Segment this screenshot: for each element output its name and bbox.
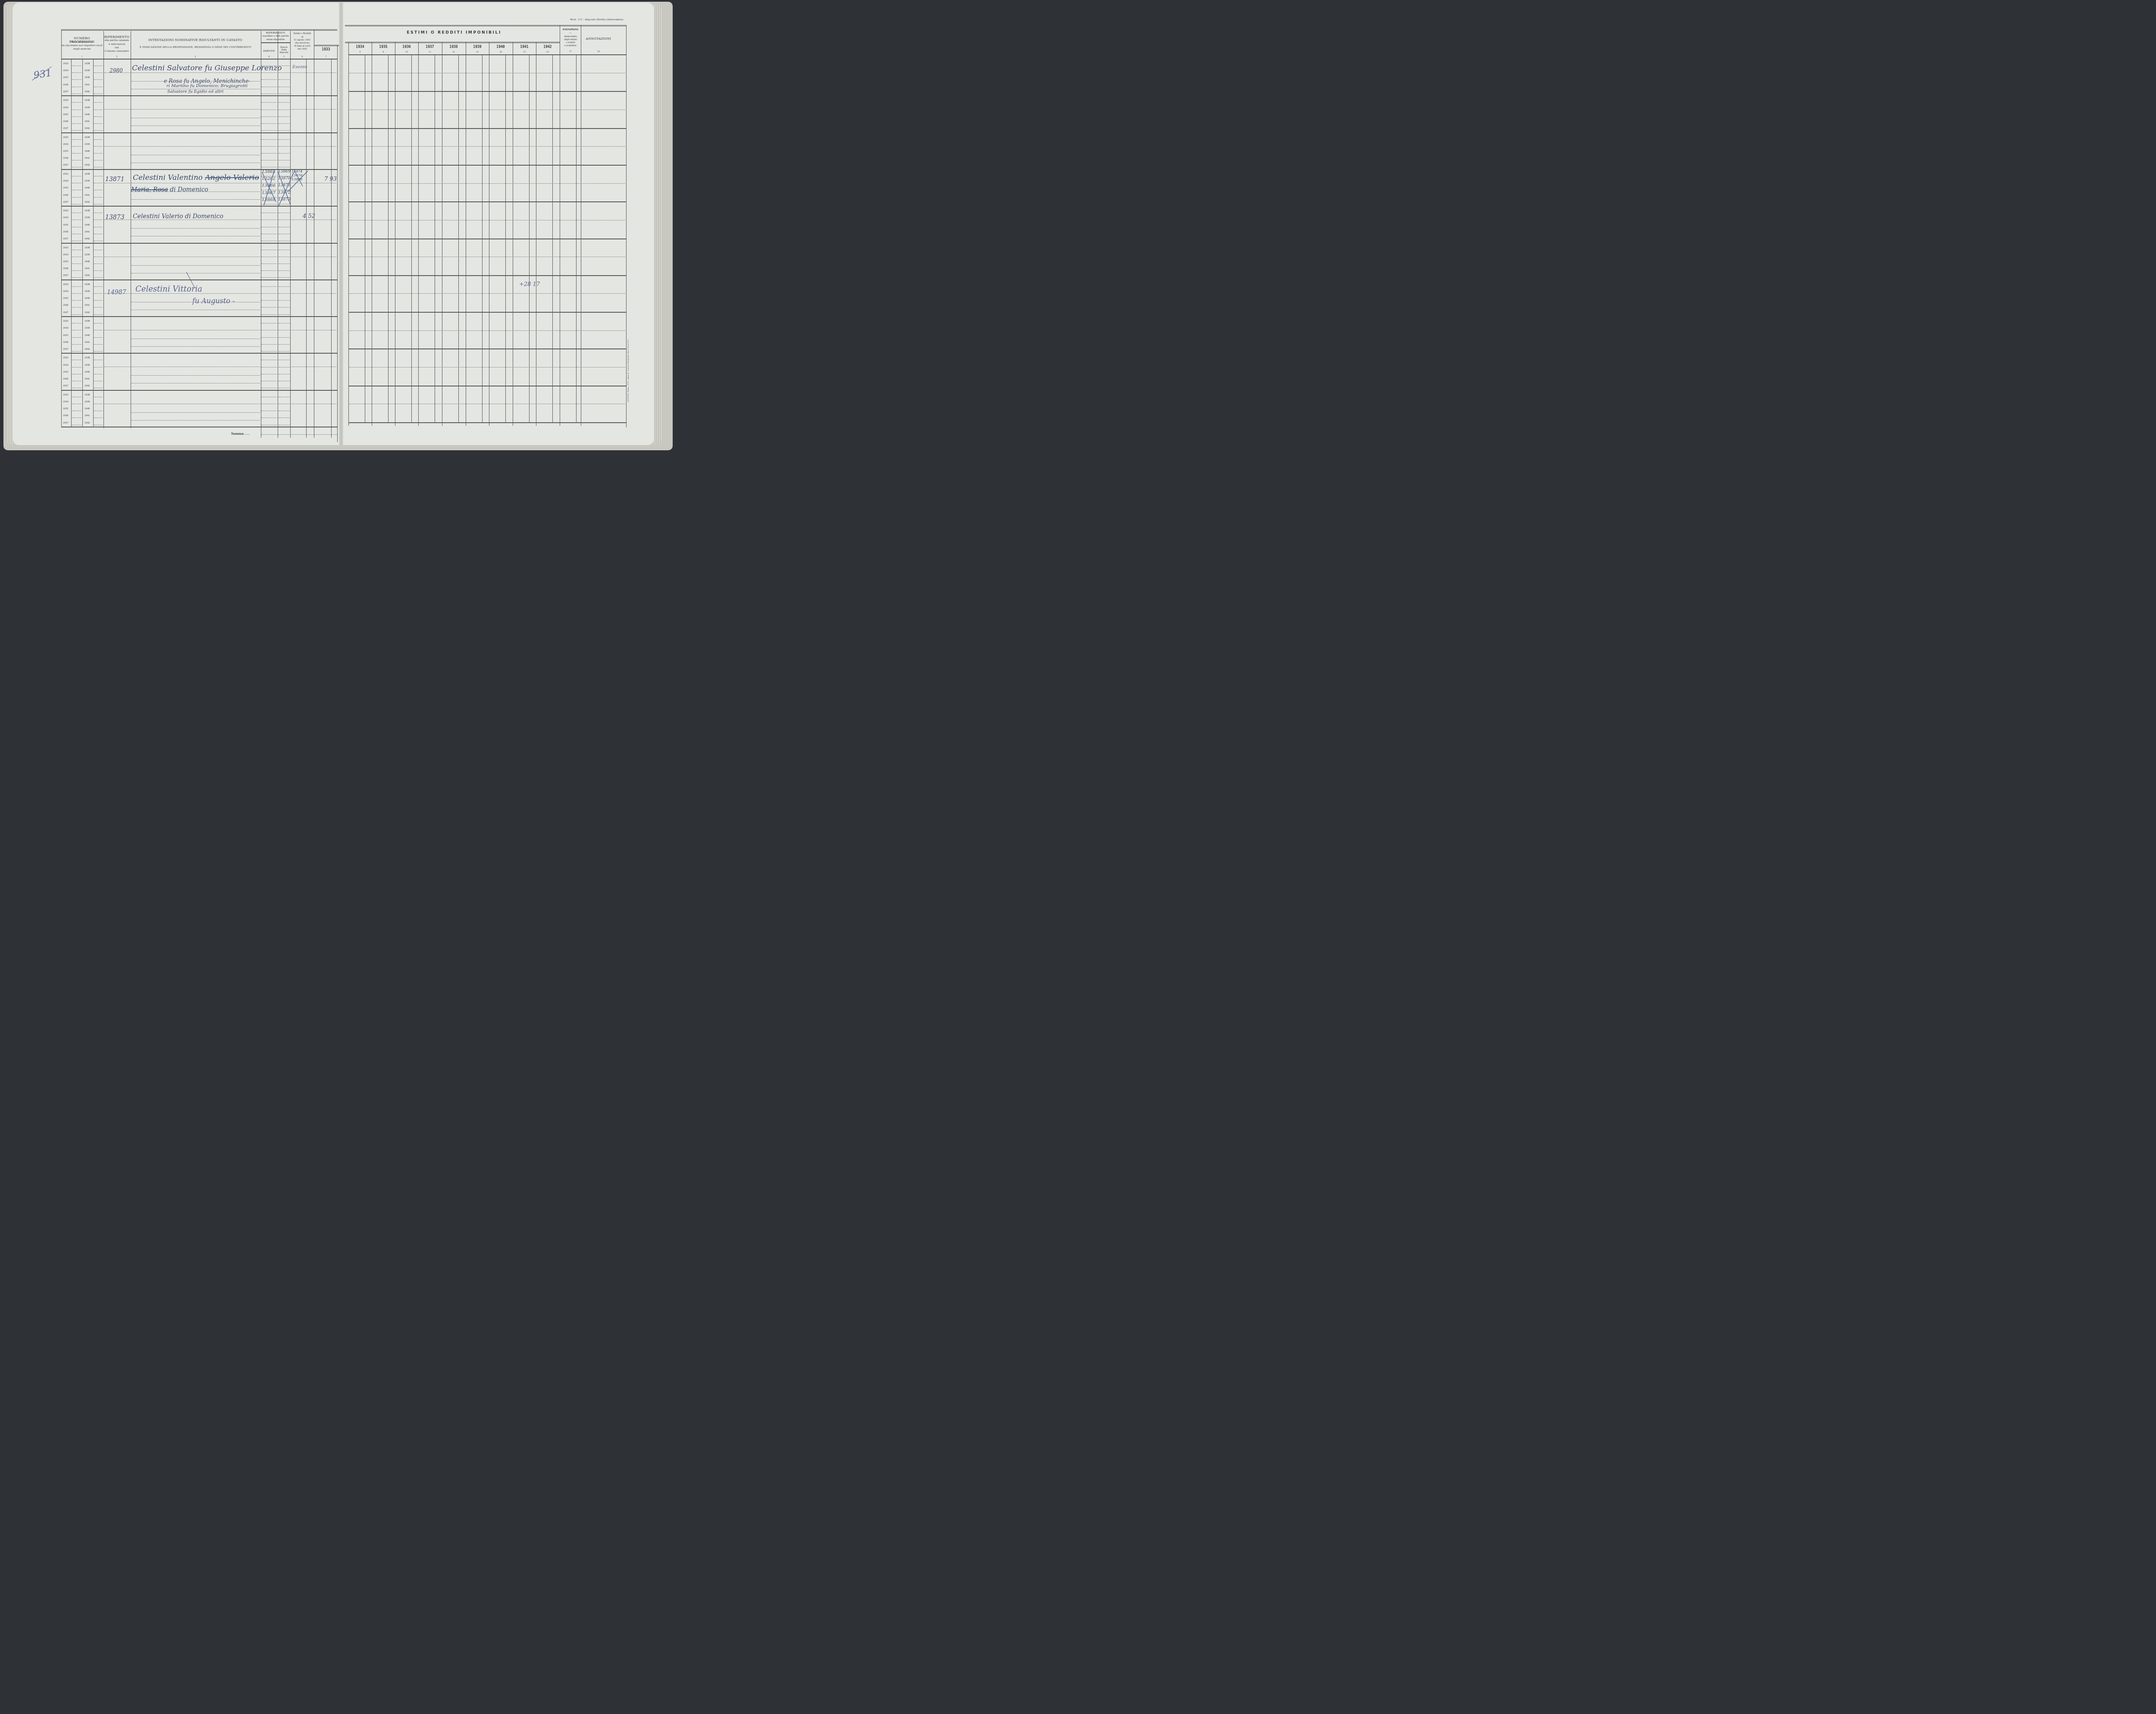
- partite-dotted-line: [261, 264, 277, 264]
- col45-header-title: RIFERIMENTI: [261, 31, 290, 35]
- year-label-b: 1939: [85, 216, 90, 219]
- year-subcol-divider: [365, 55, 365, 423]
- name-dotted-line: [132, 183, 260, 183]
- year-dotted-line: [94, 213, 103, 213]
- partita-dotted-line: [104, 367, 130, 367]
- specie-dotted-line: [279, 351, 290, 352]
- year-subcol-divider: [388, 55, 389, 423]
- right-block-separator: [348, 91, 626, 92]
- year-dotted-line: [72, 323, 81, 323]
- somma-label: Somma . . .: [231, 431, 250, 436]
- year-label-a: 1937: [63, 348, 68, 351]
- name-dotted-line: [132, 330, 260, 330]
- year-dotted-line: [94, 404, 103, 404]
- entry4-name-part-struck: Angelo Valerio: [205, 173, 259, 182]
- year-dotted-line: [94, 110, 103, 110]
- year-label-a: 1933: [63, 356, 68, 359]
- specie-dotted-line: [279, 257, 290, 257]
- year-label-a: 1934: [63, 179, 68, 182]
- specie-dotted-line: [279, 220, 290, 220]
- year-dotted-line: [72, 183, 81, 183]
- year-dotted-line: [72, 418, 81, 418]
- year-label-b: 1940: [85, 407, 90, 410]
- name-dotted-line: [132, 420, 260, 421]
- name-dotted-line: [132, 293, 260, 294]
- partite-dotted-line: [261, 234, 277, 234]
- partite-dotted-line: [261, 418, 277, 418]
- year-dotted-line: [94, 66, 103, 66]
- specie-dotted-line: [279, 381, 290, 381]
- partita-dotted-line: [104, 183, 130, 183]
- partite-dotted-line: [261, 139, 277, 140]
- specie-dotted-line: [279, 123, 290, 124]
- partita-dotted-line: [104, 330, 130, 330]
- year-label-a: 1935: [63, 407, 68, 410]
- block-separator: [61, 279, 337, 280]
- year-label-b: 1939: [85, 400, 90, 403]
- partite-dotted-line: [261, 374, 277, 374]
- printer-note: (4103581) Roma, 1931 - Anno X - Istituto…: [627, 339, 629, 402]
- year-label-b: 1942: [85, 127, 90, 130]
- year-col-divider: [513, 42, 513, 426]
- col3-number: 3: [131, 56, 260, 58]
- entry1-col6-exempt: Esente: [292, 65, 307, 69]
- partite-dotted-line: [261, 381, 277, 381]
- partite-dotted-line: [261, 286, 277, 287]
- entry7-partita: 14987: [107, 289, 126, 296]
- specie-dotted-line: [279, 425, 290, 425]
- right-block-separator: [348, 239, 626, 239]
- year-dotted-line: [94, 250, 103, 250]
- year-label-a: 1933: [63, 62, 68, 65]
- year-dotted-line: [94, 344, 103, 345]
- partita-dotted-line: [104, 257, 130, 257]
- partite-dotted-line: [261, 250, 277, 250]
- right-block-separator: [348, 128, 626, 129]
- year-label-b: 1938: [85, 356, 90, 359]
- year-label-a: 1937: [63, 384, 68, 387]
- year-dotted-line: [94, 257, 103, 257]
- partite-dotted-line: [261, 227, 277, 227]
- partite-dotted-line: [261, 425, 277, 425]
- year-dotted-line: [94, 293, 103, 294]
- year-label-b: 1938: [85, 320, 90, 323]
- year-dotted-line: [72, 87, 81, 87]
- specie-dotted-line: [279, 190, 290, 190]
- year-label-a: 1934: [63, 400, 68, 403]
- year-col-divider: [442, 42, 442, 426]
- year-dotted-line: [72, 411, 81, 411]
- entry4-col7-1933: 7 93: [324, 176, 337, 182]
- year-dotted-line: [94, 190, 103, 190]
- year-dotted-line: [94, 241, 103, 241]
- amount-dotted-line: [291, 293, 336, 294]
- col2-header-line2: e indicazioni: [103, 43, 130, 46]
- partite-dotted-line: [261, 116, 277, 117]
- right-block-separator: [348, 422, 626, 423]
- year-label-a: 1936: [63, 230, 68, 233]
- specie-dotted-line: [279, 270, 290, 271]
- year-col-number: 15: [513, 51, 536, 53]
- year-dotted-line: [94, 204, 103, 204]
- right-block-midline: [349, 367, 625, 367]
- col2-number: 2: [103, 56, 130, 58]
- year-dotted-line: [94, 307, 103, 308]
- specie-dotted-line: [279, 204, 290, 204]
- year-header-1941: 1941: [513, 45, 536, 49]
- specie-dotted-line: [279, 300, 290, 301]
- year-label-b: 1942: [85, 311, 90, 314]
- name-dotted-line: [132, 383, 260, 383]
- year-label-a: 1935: [63, 370, 68, 374]
- specie-dotted-line: [279, 116, 290, 117]
- entry1-name-line1: Celestini Salvatore fu Giuseppe Lorenzo: [132, 64, 282, 72]
- year-dotted-line: [72, 264, 81, 264]
- year-dotted-line: [72, 123, 81, 124]
- year-label-b: 1940: [85, 334, 90, 337]
- year-header-1939: 1939: [466, 45, 489, 49]
- year-label-a: 1936: [63, 304, 68, 307]
- col45-header-line1: sussidiari e delle partite: [261, 35, 290, 38]
- name-dotted-line: [132, 310, 260, 310]
- year-col-divider: [536, 42, 536, 426]
- entry4-name-line2-kept: di Domenico: [168, 186, 208, 193]
- year-dotted-line: [72, 397, 81, 397]
- year-label-b: 1941: [85, 157, 90, 160]
- entry1-name-line4: Salvatore fu Egidio ed altri: [167, 89, 223, 94]
- specie-dotted-line: [279, 139, 290, 140]
- year-dotted-line: [72, 293, 81, 294]
- partite-dotted-line: [261, 146, 277, 147]
- year-dotted-line: [72, 381, 81, 381]
- year-label-a: 1935: [63, 113, 68, 116]
- year-col-number: 10: [395, 51, 418, 53]
- year-col-number: 8: [348, 51, 372, 53]
- col1-header-line3: degli esercizi: [61, 47, 103, 51]
- amount-dotted-line: [291, 146, 336, 147]
- specie-dotted-line: [279, 87, 290, 87]
- col18-number: 18: [581, 51, 616, 53]
- name-dotted-line: [132, 228, 260, 229]
- year-label-b: 1938: [85, 283, 90, 286]
- year-label-a: 1936: [63, 120, 68, 123]
- year-dotted-line: [94, 277, 103, 278]
- entry4-cross-out-marks: [260, 169, 315, 206]
- year-label-b: 1941: [85, 341, 90, 344]
- specie-dotted-line: [279, 360, 290, 360]
- year-label-a: 1934: [63, 106, 68, 109]
- year-label-b: 1938: [85, 62, 90, 65]
- year-subcol-divider: [505, 55, 506, 423]
- year-dotted-line: [72, 190, 81, 190]
- year-dotted-line: [72, 116, 81, 117]
- year-subcol-divider: [411, 55, 412, 423]
- col1-header-line2: da riportarsi nei rispettivi ruoli: [61, 44, 103, 47]
- amount-dotted-line: [291, 183, 336, 183]
- year-label-b: 1940: [85, 76, 90, 79]
- year-dotted-line: [94, 146, 103, 147]
- year-label-b: 1940: [85, 150, 90, 153]
- year-label-a: 1934: [63, 364, 68, 367]
- year-dotted-line: [94, 374, 103, 374]
- year-label-b: 1940: [85, 260, 90, 263]
- specie-dotted-line: [279, 72, 290, 73]
- year-dotted-line: [94, 220, 103, 220]
- year-label-a: 1933: [63, 173, 68, 176]
- year-label-a: 1933: [63, 246, 68, 249]
- name-dotted-line: [132, 302, 260, 302]
- year-label-b: 1941: [85, 83, 90, 86]
- year-label-b: 1941: [85, 377, 90, 380]
- specie-dotted-line: [279, 197, 290, 198]
- right-header-bottom-rule: [348, 54, 626, 55]
- year-label-a: 1936: [63, 83, 68, 86]
- year-dotted-line: [72, 270, 81, 271]
- entry7-name-line1: Celestini Vittoria: [135, 285, 202, 294]
- esenzioni-right-divider: [581, 25, 581, 426]
- year-label-a: 1936: [63, 194, 68, 197]
- partite-dotted-line: [261, 190, 277, 190]
- specie-dotted-line: [279, 404, 290, 404]
- col2-header-line1: alla partita catastale: [103, 39, 130, 43]
- year-dotted-line: [72, 110, 81, 110]
- name-dotted-line: [132, 404, 260, 404]
- year-dotted-line: [72, 425, 81, 425]
- year-label-b: 1941: [85, 230, 90, 233]
- specie-dotted-line: [279, 411, 290, 411]
- entry5-col6-amount: 4 52: [303, 213, 315, 220]
- col6-header-line5: del 1932: [291, 48, 314, 51]
- year-dotted-line: [72, 250, 81, 250]
- year-label-a: 1937: [63, 201, 68, 204]
- year-label-b: 1938: [85, 136, 90, 139]
- year-dotted-line: [72, 257, 81, 257]
- name-dotted-line: [132, 191, 260, 192]
- right-block-midline: [349, 330, 625, 331]
- year-dotted-line: [72, 374, 81, 374]
- partite-dotted-line: [261, 110, 277, 110]
- entry4-name-line2-struck: Maria, Rosa: [131, 186, 168, 193]
- col3-header-title: INTESTAZIONI NOMINATIVE RISULTANTI IN CA…: [131, 38, 260, 42]
- right-page: [341, 3, 654, 445]
- right-block-midline: [349, 73, 625, 73]
- col7-subheader-rule: [314, 45, 339, 46]
- amount-dotted-line: [291, 72, 336, 73]
- partite-dotted-line: [261, 411, 277, 411]
- year-dotted-line: [72, 388, 81, 388]
- year-dotted-line: [72, 94, 81, 94]
- partite-dotted-line: [261, 102, 277, 103]
- year-dotted-line: [72, 220, 81, 220]
- year-dotted-line: [94, 337, 103, 338]
- book-gutter: [339, 3, 343, 445]
- block-separator: [61, 95, 337, 96]
- right-block-midline: [349, 404, 625, 404]
- year-dotted-line: [72, 130, 81, 131]
- entry7-col15-1941: +28 17: [519, 281, 540, 288]
- name-dotted-line: [132, 146, 260, 147]
- year-label-a: 1937: [63, 274, 68, 277]
- partite-dotted-line: [261, 176, 277, 176]
- partite-dotted-line: [261, 204, 277, 204]
- year-dotted-line: [72, 234, 81, 234]
- year-dotted-line: [94, 153, 103, 154]
- name-dotted-line: [132, 236, 260, 236]
- somma-col-divider: [290, 427, 291, 438]
- col1-header-line1: delle intestazioni: [61, 41, 103, 44]
- year-label-b: 1939: [85, 290, 90, 293]
- year-label-b: 1938: [85, 246, 90, 249]
- partite-dotted-line: [261, 307, 277, 308]
- year-dotted-line: [94, 183, 103, 183]
- year-dotted-line: [94, 167, 103, 167]
- year-dotted-line: [72, 102, 81, 103]
- year-dotted-line: [94, 227, 103, 227]
- year-header-top-rule: [345, 42, 560, 43]
- partita-dotted-line: [104, 146, 130, 147]
- right-block-midline: [349, 257, 625, 257]
- left-col-divider: [261, 31, 261, 428]
- year-label-b: 1938: [85, 209, 90, 212]
- year-dotted-line: [94, 330, 103, 330]
- page-edges-right: [654, 4, 661, 444]
- year-dotted-line: [94, 314, 103, 315]
- year-dotted-line: [72, 79, 81, 80]
- year-dotted-line: [72, 160, 81, 160]
- col17-number: 17: [561, 51, 580, 53]
- year-label-a: 1934: [63, 143, 68, 146]
- partite-dotted-line: [261, 87, 277, 87]
- year-label-a: 1935: [63, 334, 68, 337]
- year-col-divider: [348, 42, 349, 426]
- esenzioni-line4: e scadenze: [561, 44, 580, 48]
- year-label-a: 1935: [63, 260, 68, 263]
- year-col-number: 14: [489, 51, 512, 53]
- year-subcol-divider: [458, 55, 459, 423]
- col1-number: 1: [61, 56, 103, 58]
- year-dotted-line: [94, 351, 103, 352]
- year-header-1937: 1937: [418, 45, 442, 49]
- year-dotted-line: [72, 286, 81, 287]
- right-block-separator: [348, 348, 626, 349]
- partite-dotted-line: [261, 314, 277, 315]
- specie-dotted-line: [279, 227, 290, 227]
- year-col-divider: [489, 42, 489, 426]
- partite-dotted-line: [261, 213, 277, 213]
- specie-dotted-line: [279, 374, 290, 374]
- col6-number: 6: [291, 56, 314, 58]
- year-label-a: 1937: [63, 163, 68, 166]
- somma-col-divider: [306, 427, 307, 438]
- partite-dotted-line: [261, 241, 277, 241]
- specie-dotted-line: [279, 160, 290, 160]
- right-block-separator: [348, 386, 626, 386]
- name-dotted-line: [132, 339, 260, 339]
- entry4-name-part-kept: Celestini Valentino: [133, 173, 205, 182]
- amount-dotted-line: [291, 404, 336, 404]
- partita-dotted-line: [104, 293, 130, 294]
- partite-dotted-line: [261, 330, 277, 330]
- year-label-b: 1939: [85, 179, 90, 182]
- partite-dotted-line: [261, 360, 277, 360]
- specie-dotted-line: [279, 367, 290, 367]
- name-dotted-line: [132, 412, 260, 413]
- year-dotted-line: [72, 404, 81, 404]
- year-dotted-line: [94, 197, 103, 198]
- year-label-a: 1935: [63, 223, 68, 226]
- year-dotted-line: [72, 367, 81, 367]
- left-table-left-border: [61, 29, 62, 427]
- block-separator: [61, 427, 337, 427]
- year-label-a: 1933: [63, 320, 68, 323]
- year-header-1942: 1942: [536, 45, 559, 49]
- specie-dotted-line: [279, 250, 290, 250]
- year-dotted-line: [72, 204, 81, 204]
- col7-number: 7: [315, 56, 337, 58]
- partite-dotted-line: [261, 160, 277, 160]
- year-label-a: 1933: [63, 99, 68, 102]
- year-dotted-line: [94, 176, 103, 176]
- esenzioni-left-divider-top: [560, 25, 560, 42]
- right-header-title: ESTIMI O REDDITI IMPONIBILI: [348, 31, 560, 35]
- amount-dotted-line: [291, 367, 336, 367]
- col6-header-title: Estimi o Redditi: [291, 32, 314, 36]
- name-dotted-line: [132, 72, 260, 73]
- year-label-b: 1941: [85, 120, 90, 123]
- year-dotted-line: [94, 87, 103, 87]
- amount-dotted-line: [291, 109, 336, 110]
- year-dotted-line: [72, 139, 81, 140]
- right-block-separator: [348, 201, 626, 202]
- name-dotted-line: [132, 257, 260, 257]
- partita-dotted-line: [104, 109, 130, 110]
- year-dotted-line: [94, 123, 103, 124]
- entry1-name-line3: ri Martino fu Domenico; Brugiagrotti: [166, 84, 248, 88]
- year-col-divider: [418, 42, 419, 426]
- year-label-a: 1936: [63, 414, 68, 417]
- year-col-divider: [466, 42, 466, 426]
- specie-dotted-line: [279, 146, 290, 147]
- year-dotted-line: [72, 344, 81, 345]
- specie-dotted-line: [279, 323, 290, 323]
- specie-dotted-line: [279, 102, 290, 103]
- specie-dotted-line: [279, 176, 290, 176]
- partite-dotted-line: [261, 257, 277, 257]
- partite-dotted-line: [261, 404, 277, 404]
- year-dotted-line: [72, 227, 81, 227]
- partite-dotted-line: [261, 197, 277, 198]
- year-label-b: 1939: [85, 364, 90, 367]
- partite-dotted-line: [261, 277, 277, 278]
- year-dotted-line: [94, 139, 103, 140]
- entry4-name-line1: Celestini Valentino Angelo Valerio: [133, 173, 259, 182]
- esenzioni-subcol-divider: [576, 55, 577, 423]
- name-dotted-line: [132, 155, 260, 155]
- right-block-midline: [349, 293, 625, 294]
- year-dotted-line: [94, 79, 103, 80]
- partite-dotted-line: [261, 66, 277, 66]
- specie-dotted-line: [279, 397, 290, 397]
- block-separator: [61, 132, 337, 133]
- year-dotted-line: [72, 176, 81, 176]
- right-table-right-border: [626, 25, 627, 427]
- year-dotted-line: [94, 397, 103, 397]
- year-header-1936: 1936: [395, 45, 418, 49]
- specie-dotted-line: [279, 183, 290, 183]
- year-subcol-divider: [529, 55, 530, 423]
- left-table-top-border: [61, 29, 337, 31]
- col4-number: 4: [261, 56, 277, 58]
